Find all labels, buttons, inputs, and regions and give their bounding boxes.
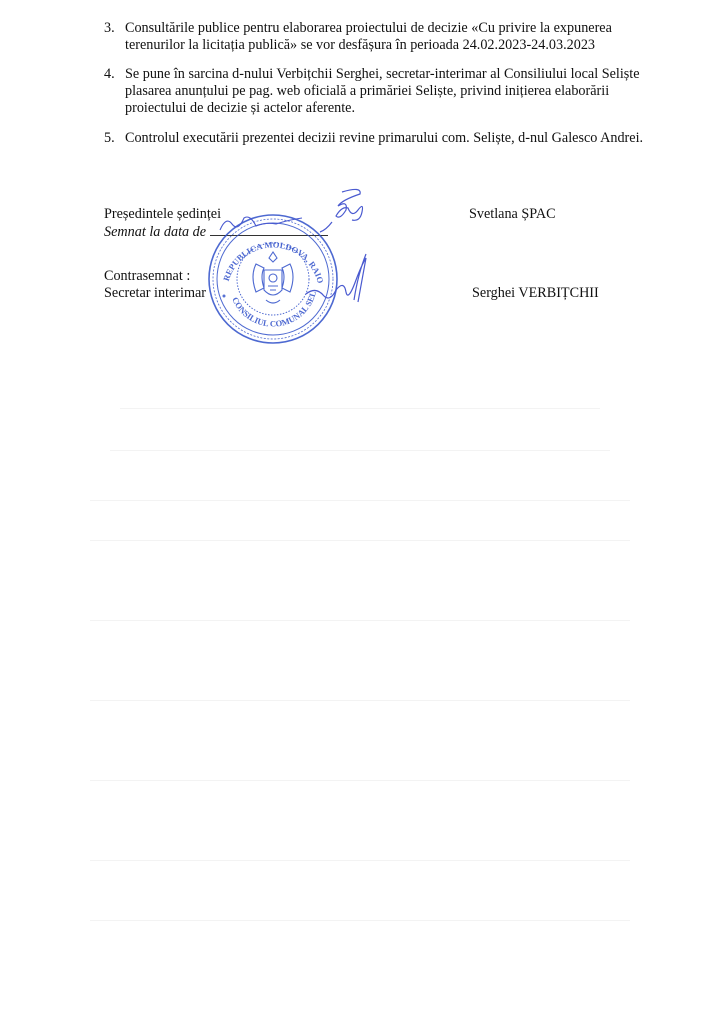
item-line: plasarea anunțului pe pag. web oficială … (125, 83, 665, 100)
item-line: Controlul executării prezentei decizii r… (125, 130, 665, 147)
document-page: 3. Consultările publice pentru elaborare… (0, 0, 724, 1024)
item-line: Se pune în sarcina d-nului Verbițchii Se… (125, 66, 665, 83)
date-signature-icon (216, 212, 306, 234)
countersigned-label: Contrasemnat : (104, 268, 206, 285)
secretary-title: Secretar interimar (104, 285, 206, 302)
item-number: 3. (104, 20, 124, 37)
secretary-signature-icon (300, 250, 380, 310)
signed-on-label: Semnat la data de (104, 224, 206, 240)
item-line: Consultările publice pentru elaborarea p… (125, 20, 665, 37)
chair-signature-icon (312, 186, 372, 236)
item-number: 4. (104, 66, 124, 83)
item-line: terenurilor la licitația publică» se vor… (125, 37, 665, 54)
item-line: proiectului de decizie și actelor aferen… (125, 100, 665, 117)
secretary-name: Serghei VERBIȚCHII (472, 285, 599, 302)
chair-name: Svetlana ȘPAC (469, 206, 556, 223)
secretary-signature-block: Contrasemnat : Secretar interimar (104, 268, 206, 302)
item-number: 5. (104, 130, 124, 147)
